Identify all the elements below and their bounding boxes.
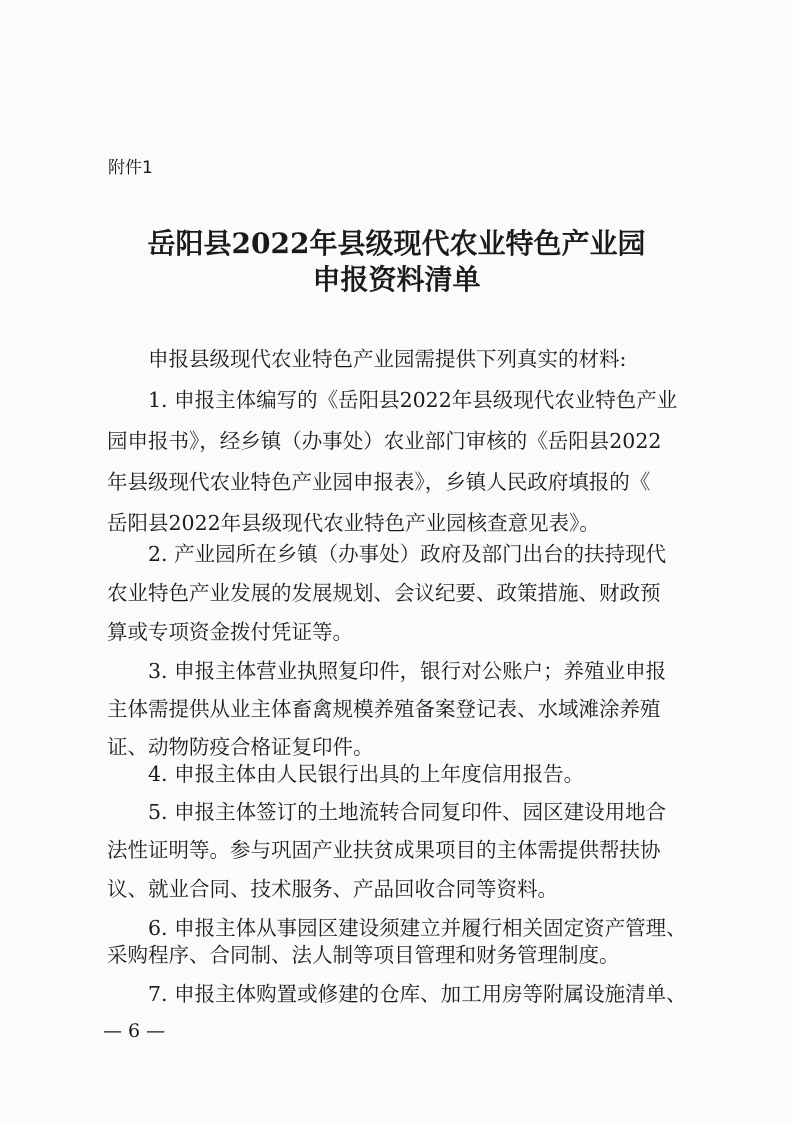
- item-1-line-1: 1. 申报主体编写的《岳阳县2022年县级现代农业特色产业: [148, 383, 677, 413]
- item-2-line-3: 算或专项资金拨付凭证等。: [107, 615, 353, 645]
- item-2-line-1: 2. 产业园所在乡镇（办事处）政府及部门出台的扶持现代: [148, 537, 666, 567]
- item-6-line-1: 6. 申报主体从事园区建设须建立并履行相关固定资产管理、: [148, 911, 687, 941]
- item-2-line-2: 农业特色产业发展的发展规划、会议纪要、政策措施、财政预: [107, 576, 661, 606]
- item-3-line-1: 3. 申报主体营业执照复印件，银行对公账户；养殖业申报: [148, 654, 666, 684]
- item-1-line-3: 年县级现代农业特色产业园申报表》，乡镇人民政府填报的《: [107, 465, 650, 495]
- attachment-label: 附件1: [108, 153, 153, 178]
- item-6-line-2: 采购程序、合同制、法人制等项目管理和财务管理制度。: [107, 938, 620, 968]
- item-4-line-1: 4. 申报主体由人民银行出具的上年度信用报告。: [148, 757, 584, 787]
- item-7-line-1: 7. 申报主体购置或修建的仓库、加工用房等附属设施清单、: [148, 977, 687, 1007]
- item-5-line-3: 议、就业合同、技术服务、产品回收合同等资料。: [107, 872, 558, 902]
- document-title-line-1: 岳阳县2022年县级现代农业特色产业园: [0, 222, 793, 262]
- item-3-line-3: 证、动物防疫合格证复印件。: [107, 730, 374, 760]
- page-number: — 6 —: [103, 1020, 165, 1042]
- intro-paragraph: 申报县级现代农业特色产业园需提供下列真实的材料:: [148, 342, 626, 372]
- item-5-line-2: 法性证明等。参与巩固产业扶贫成果项目的主体需提供帮扶协: [107, 833, 661, 863]
- document-title-line-2: 申报资料清单: [0, 258, 793, 298]
- item-5-line-1: 5. 申报主体签订的土地流转合同复印件、园区建设用地合: [148, 795, 666, 825]
- item-3-line-2: 主体需提供从业主体畜禽规模养殖备案登记表、水域滩涂养殖: [107, 692, 661, 722]
- item-1-line-2: 园申报书》，经乡镇（办事处）农业部门审核的《岳阳县2022: [107, 424, 661, 454]
- item-1-line-4: 岳阳县2022年县级现代农业特色产业园核查意见表》。: [107, 506, 600, 536]
